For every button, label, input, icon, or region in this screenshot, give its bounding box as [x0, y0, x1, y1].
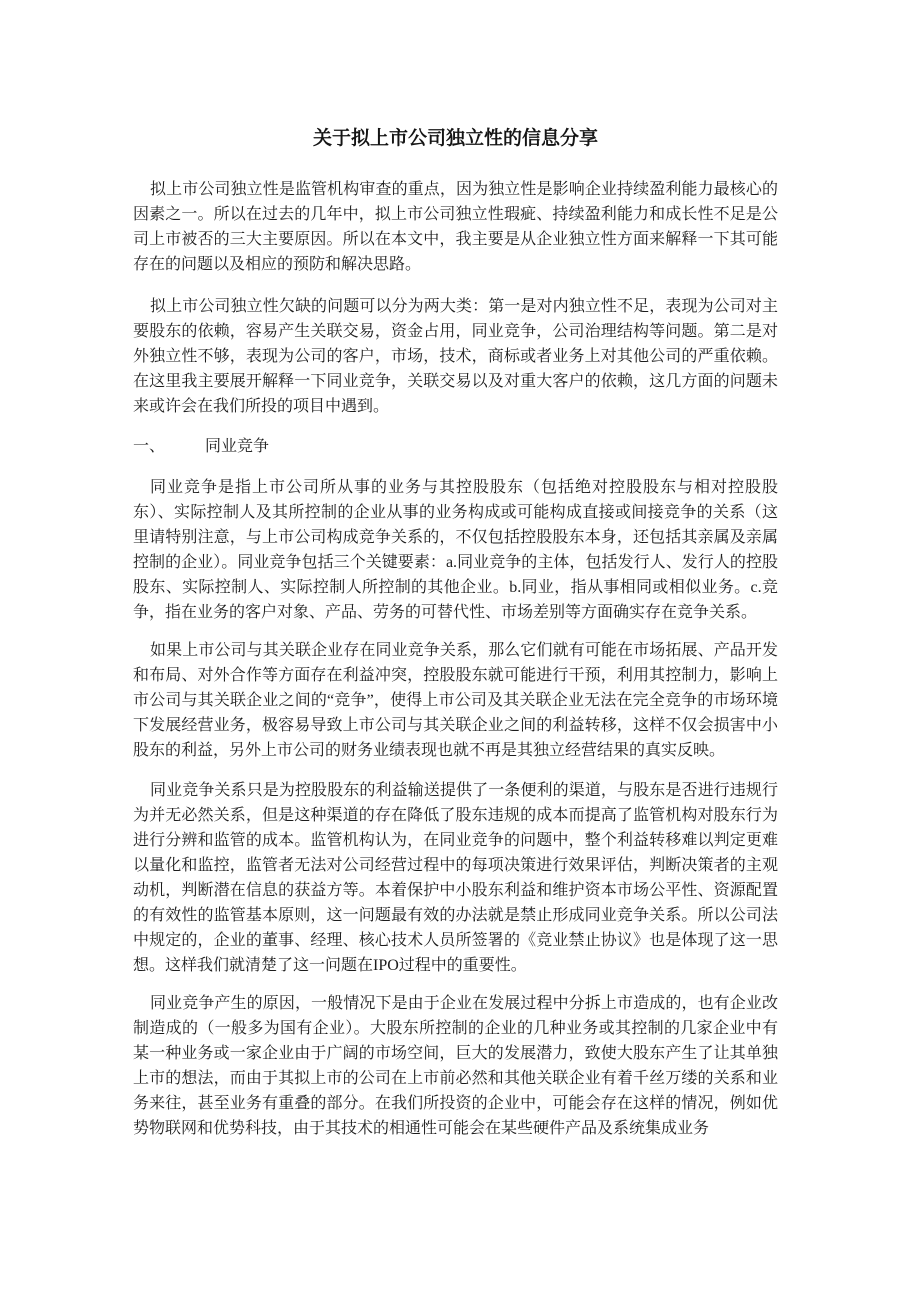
section-number: 一、 — [133, 438, 165, 455]
intro-paragraph-2: 拟上市公司独立性欠缺的问题可以分为两大类：第一是对内独立性不足，表现为公司对主要… — [133, 294, 778, 419]
section-paragraph-1: 同业竞争是指上市公司所从事的业务与其控股股东（包括绝对控股股东与相对控股股东）、… — [133, 475, 778, 625]
document-title: 关于拟上市公司独立性的信息分享 — [133, 126, 778, 152]
document-content: 关于拟上市公司独立性的信息分享 拟上市公司独立性是监管机构审查的重点，因为独立性… — [133, 126, 778, 1141]
section-heading: 一、同业竞争 — [133, 434, 778, 459]
document-page: 关于拟上市公司独立性的信息分享 拟上市公司独立性是监管机构审查的重点，因为独立性… — [0, 0, 920, 1302]
section-paragraph-4: 同业竞争产生的原因，一般情况下是由于企业在发展过程中分拆上市造成的，也有企业改制… — [133, 991, 778, 1141]
intro-paragraph-1: 拟上市公司独立性是监管机构审查的重点，因为独立性是影响企业持续盈利能力最核心的因… — [133, 177, 778, 277]
section-title: 同业竞争 — [205, 438, 269, 455]
section-paragraph-3: 同业竞争关系只是为控股股东的利益输送提供了一条便利的渠道，与股东是否进行违规行为… — [133, 778, 778, 978]
section-paragraph-2: 如果上市公司与其关联企业存在同业竞争关系，那么它们就有可能在市场拓展、产品开发和… — [133, 638, 778, 763]
